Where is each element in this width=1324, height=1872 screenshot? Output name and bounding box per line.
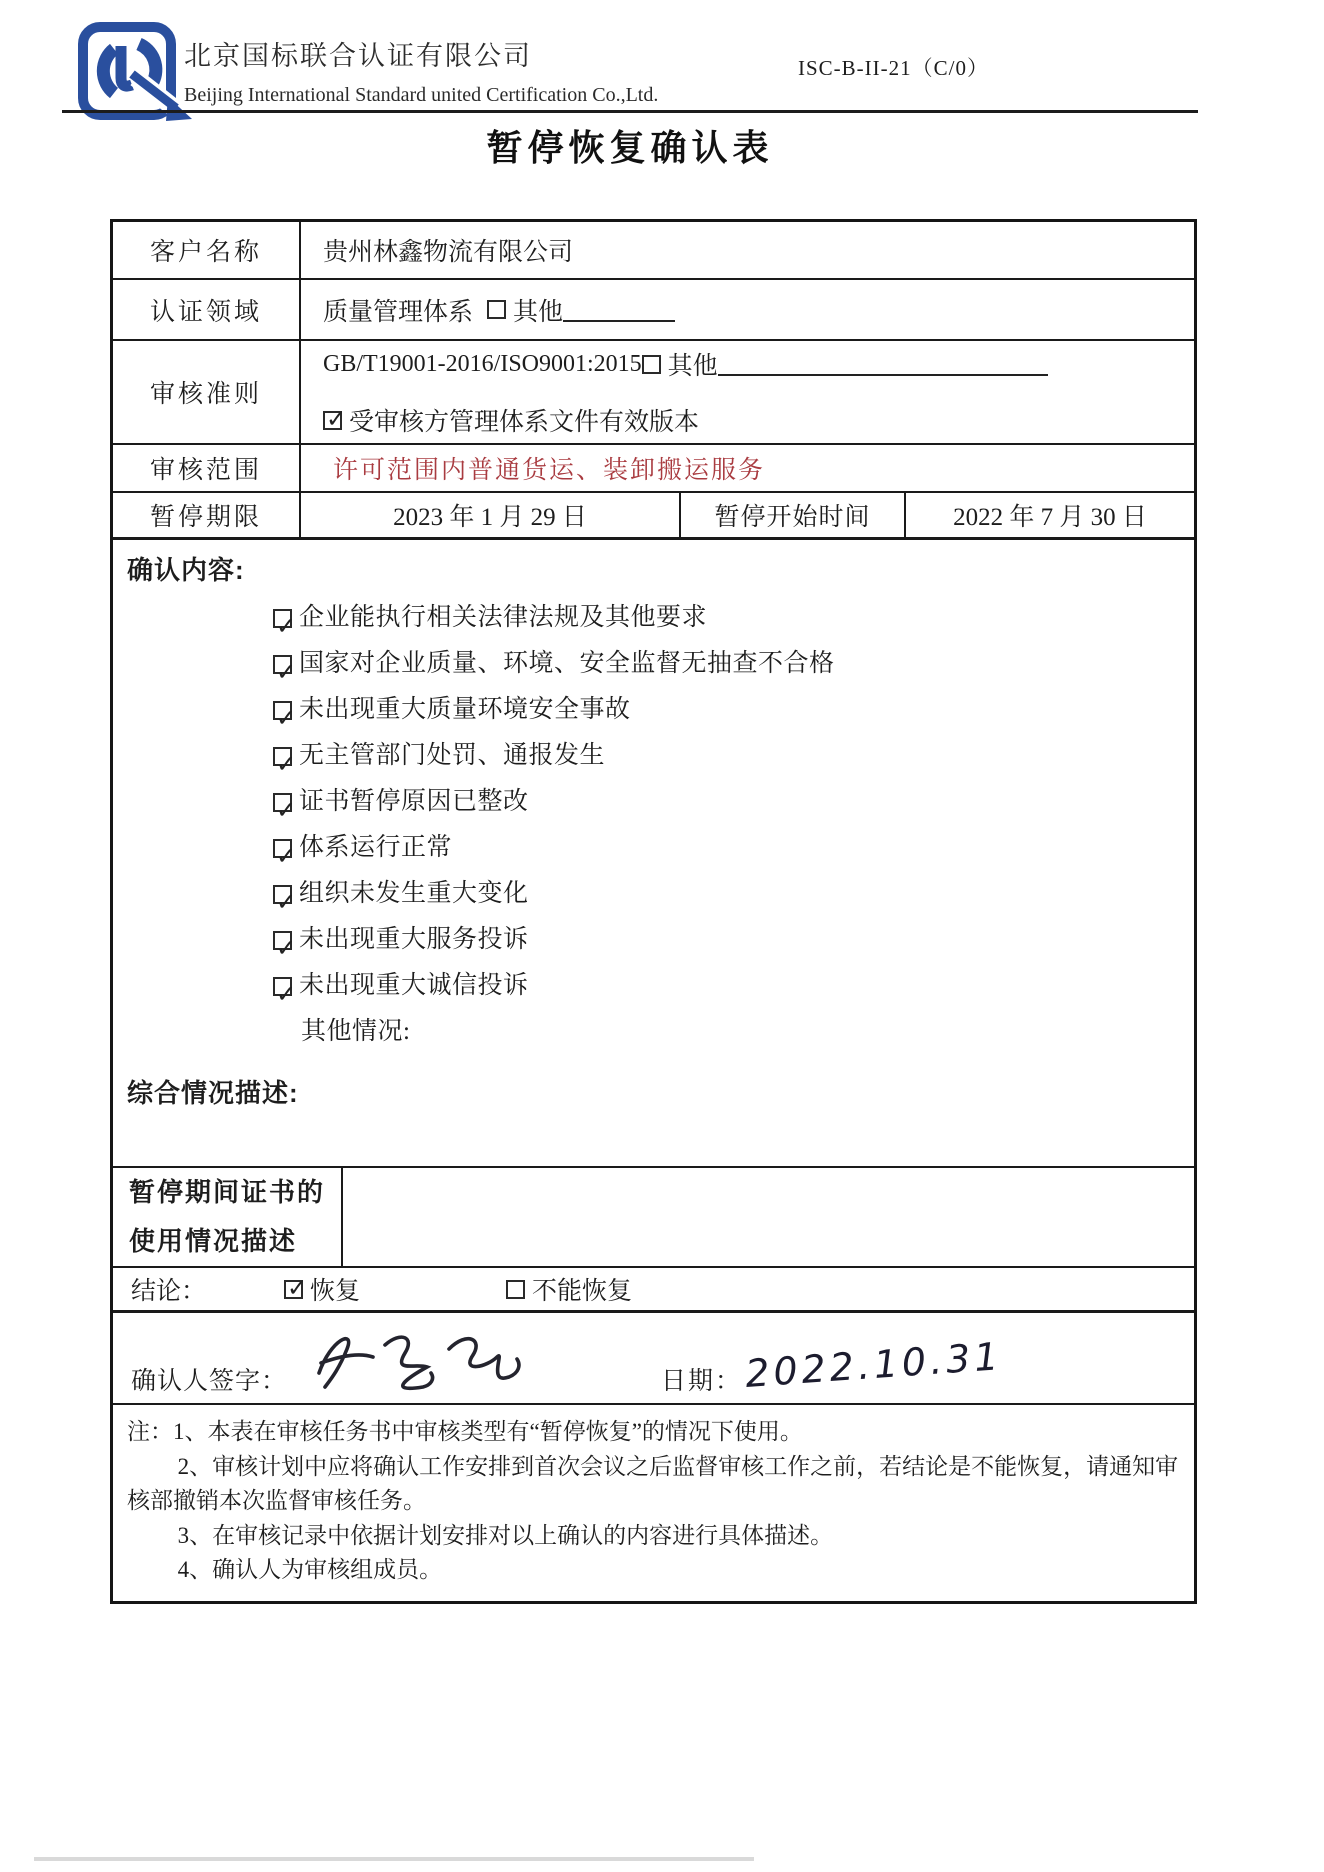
row-notes: 注：1、本表在审核任务书中审核类型有“暂停恢复”的情况下使用。 2、审核计划中应… (113, 1405, 1194, 1601)
checkbox-checked-icon (273, 655, 292, 674)
criteria-line-1: GB/T19001-2016/ISO9001:2015 其他 (323, 346, 1048, 382)
usage-label-line1: 暂停期间证书的 (129, 1168, 335, 1217)
checkbox-checked-icon (273, 701, 292, 720)
checklist-item-text: 无主管部门处罚、通报发生 (299, 733, 605, 779)
checklist-item-text: 未出现重大诚信投诉 (299, 963, 529, 1009)
confirmer-signature-handwriting (281, 1315, 561, 1407)
checkbox-checked-icon (273, 885, 292, 904)
note-line: 注：1、本表在审核任务书中审核类型有“暂停恢复”的情况下使用。 (127, 1415, 1184, 1450)
usage-label-line2: 使用情况描述 (129, 1217, 335, 1266)
header-divider (62, 110, 1198, 113)
note-line: 3、在审核记录中依据计划安排对以上确认的内容进行具体描述。 (127, 1519, 1184, 1554)
note-line: 2、审核计划中应将确认工作安排到首次会议之后监督审核工作之前，若结论是不能恢复，… (127, 1450, 1184, 1485)
suspension-deadline-label: 暂停期限 (113, 493, 301, 537)
checkbox-checked-icon (273, 977, 292, 996)
row-suspension-period: 暂停期限 2023 年 1 月 29 日 暂停开始时间 2022 年 7 月 3… (113, 493, 1194, 540)
row-audit-criteria: 审核准则 GB/T19001-2016/ISO9001:2015 其他 受审核方… (113, 341, 1194, 445)
row-signature: 确认人签字： 日期： 2022.10.31 (113, 1313, 1194, 1405)
checklist-item: 证书暂停原因已整改 (273, 779, 1178, 825)
audit-scope-label: 审核范围 (113, 445, 301, 491)
criteria-line-2: 受审核方管理体系文件有效版本 (323, 402, 699, 438)
suspension-deadline-value: 2023 年 1 月 29 日 (301, 493, 681, 537)
checklist-item: 未出现重大质量环境安全事故 (273, 687, 1178, 733)
audit-criteria-value: GB/T19001-2016/ISO9001:2015 其他 受审核方管理体系文… (301, 341, 1194, 443)
certification-field-label: 认证领域 (113, 280, 301, 339)
checkbox-checked-icon (273, 609, 292, 628)
checklist-item: 体系运行正常 (273, 825, 1178, 871)
scanned-form-page: 北京国标联合认证有限公司 Beijing International Stand… (0, 0, 1324, 1872)
conclusion-option-recover: 恢复 (284, 1271, 360, 1307)
confirmation-heading: 确认内容: (127, 550, 1178, 587)
field-other-label: 其他 (513, 292, 563, 328)
checklist-item: 未出现重大诚信投诉 (273, 963, 1178, 1009)
date-handwriting: 2022.10.31 (744, 1334, 1004, 1396)
checklist-item-text: 体系运行正常 (299, 825, 452, 871)
checklist-item-text: 企业能执行相关法律法规及其他要求 (299, 595, 707, 641)
checkbox-unchecked-icon (642, 355, 661, 374)
summary-description-label: 综合情况描述: (127, 1073, 1178, 1110)
document-code: ISC-B-II-21（C/0） (798, 52, 989, 82)
checkbox-checked-icon (323, 411, 342, 430)
conclusion-option-cannot-recover: 不能恢复 (506, 1271, 632, 1307)
checklist-item: 企业能执行相关法律法规及其他要求 (273, 595, 1178, 641)
note-line: 4、确认人为审核组成员。 (127, 1553, 1184, 1588)
checkbox-checked-icon (273, 931, 292, 950)
checkbox-checked-icon (284, 1280, 303, 1299)
suspension-start-value: 2022 年 7 月 30 日 (906, 493, 1194, 537)
criteria-docs-text: 受审核方管理体系文件有效版本 (349, 402, 699, 438)
confirmation-content-cell: 确认内容: 企业能执行相关法律法规及其他要求 国家对企业质量、环境、安全监督无抽… (113, 540, 1194, 1168)
audit-scope-value: 许可范围内普通货运、装卸搬运服务 (301, 445, 1194, 491)
row-certification-field: 认证领域 质量管理体系 其他 (113, 280, 1194, 341)
company-name-cn: 北京国标联合认证有限公司 (184, 34, 658, 73)
checklist-item-text: 未出现重大质量环境安全事故 (299, 687, 631, 733)
checklist-item-text: 组织未发生重大变化 (299, 871, 529, 917)
criteria-other-label: 其他 (668, 346, 718, 382)
row-certificate-usage: 暂停期间证书的 使用情况描述 (113, 1168, 1194, 1268)
date-label: 日期： (661, 1361, 742, 1397)
checklist-item-text: 证书暂停原因已整改 (299, 779, 529, 825)
checkbox-checked-icon (273, 747, 292, 766)
criteria-standard-text: GB/T19001-2016/ISO9001:2015 (323, 351, 642, 378)
company-name-block: 北京国标联合认证有限公司 Beijing International Stand… (184, 34, 658, 107)
certification-logo-icon (76, 20, 200, 124)
row-audit-scope: 审核范围 许可范围内普通货运、装卸搬运服务 (113, 445, 1194, 493)
checklist-item: 未出现重大服务投诉 (273, 917, 1178, 963)
certificate-usage-label: 暂停期间证书的 使用情况描述 (113, 1168, 343, 1266)
scan-edge-artifact (34, 1857, 754, 1861)
checkbox-checked-icon (273, 839, 292, 858)
note-line: 核部撤销本次监督审核任务。 (127, 1484, 1184, 1519)
audit-scope-text: 许可范围内普通货运、装卸搬运服务 (323, 450, 765, 486)
checklist-item-text: 未出现重大服务投诉 (299, 917, 529, 963)
checkbox-unchecked-icon (506, 1280, 525, 1299)
client-name-value: 贵州林鑫物流有限公司 (301, 222, 1194, 278)
checklist-item: 无主管部门处罚、通报发生 (273, 733, 1178, 779)
company-name-en: Beijing International Standard united Ce… (184, 84, 658, 107)
blank-underline (563, 298, 675, 322)
suspension-start-label: 暂停开始时间 (681, 493, 906, 537)
row-client-name: 客户名称 贵州林鑫物流有限公司 (113, 222, 1194, 280)
certificate-usage-value (343, 1168, 1194, 1266)
checkbox-checked-icon (273, 793, 292, 812)
client-name-label: 客户名称 (113, 222, 301, 278)
other-situation-label: 其他情况: (273, 1009, 1178, 1055)
conclusion-label: 结论： (131, 1271, 206, 1307)
row-conclusion: 结论： 恢复 不能恢复 (113, 1268, 1194, 1313)
form-title: 暂停恢复确认表 (63, 120, 1197, 171)
confirmation-checklist: 企业能执行相关法律法规及其他要求 国家对企业质量、环境、安全监督无抽查不合格 未… (273, 595, 1178, 1055)
conclusion-cannot-text: 不能恢复 (532, 1271, 632, 1307)
checklist-item-text: 国家对企业质量、环境、安全监督无抽查不合格 (299, 641, 835, 687)
confirmer-signature-label: 确认人签字： (131, 1361, 287, 1397)
form-table: 客户名称 贵州林鑫物流有限公司 认证领域 质量管理体系 其他 审核准则 GB/T… (110, 219, 1197, 1604)
certification-field-value: 质量管理体系 其他 (301, 280, 1194, 339)
checkbox-unchecked-icon (487, 300, 506, 319)
blank-underline (718, 352, 1048, 376)
checklist-item: 国家对企业质量、环境、安全监督无抽查不合格 (273, 641, 1178, 687)
field-value-text: 质量管理体系 (323, 292, 473, 328)
audit-criteria-label: 审核准则 (113, 341, 301, 443)
conclusion-recover-text: 恢复 (310, 1271, 360, 1307)
checklist-item: 组织未发生重大变化 (273, 871, 1178, 917)
